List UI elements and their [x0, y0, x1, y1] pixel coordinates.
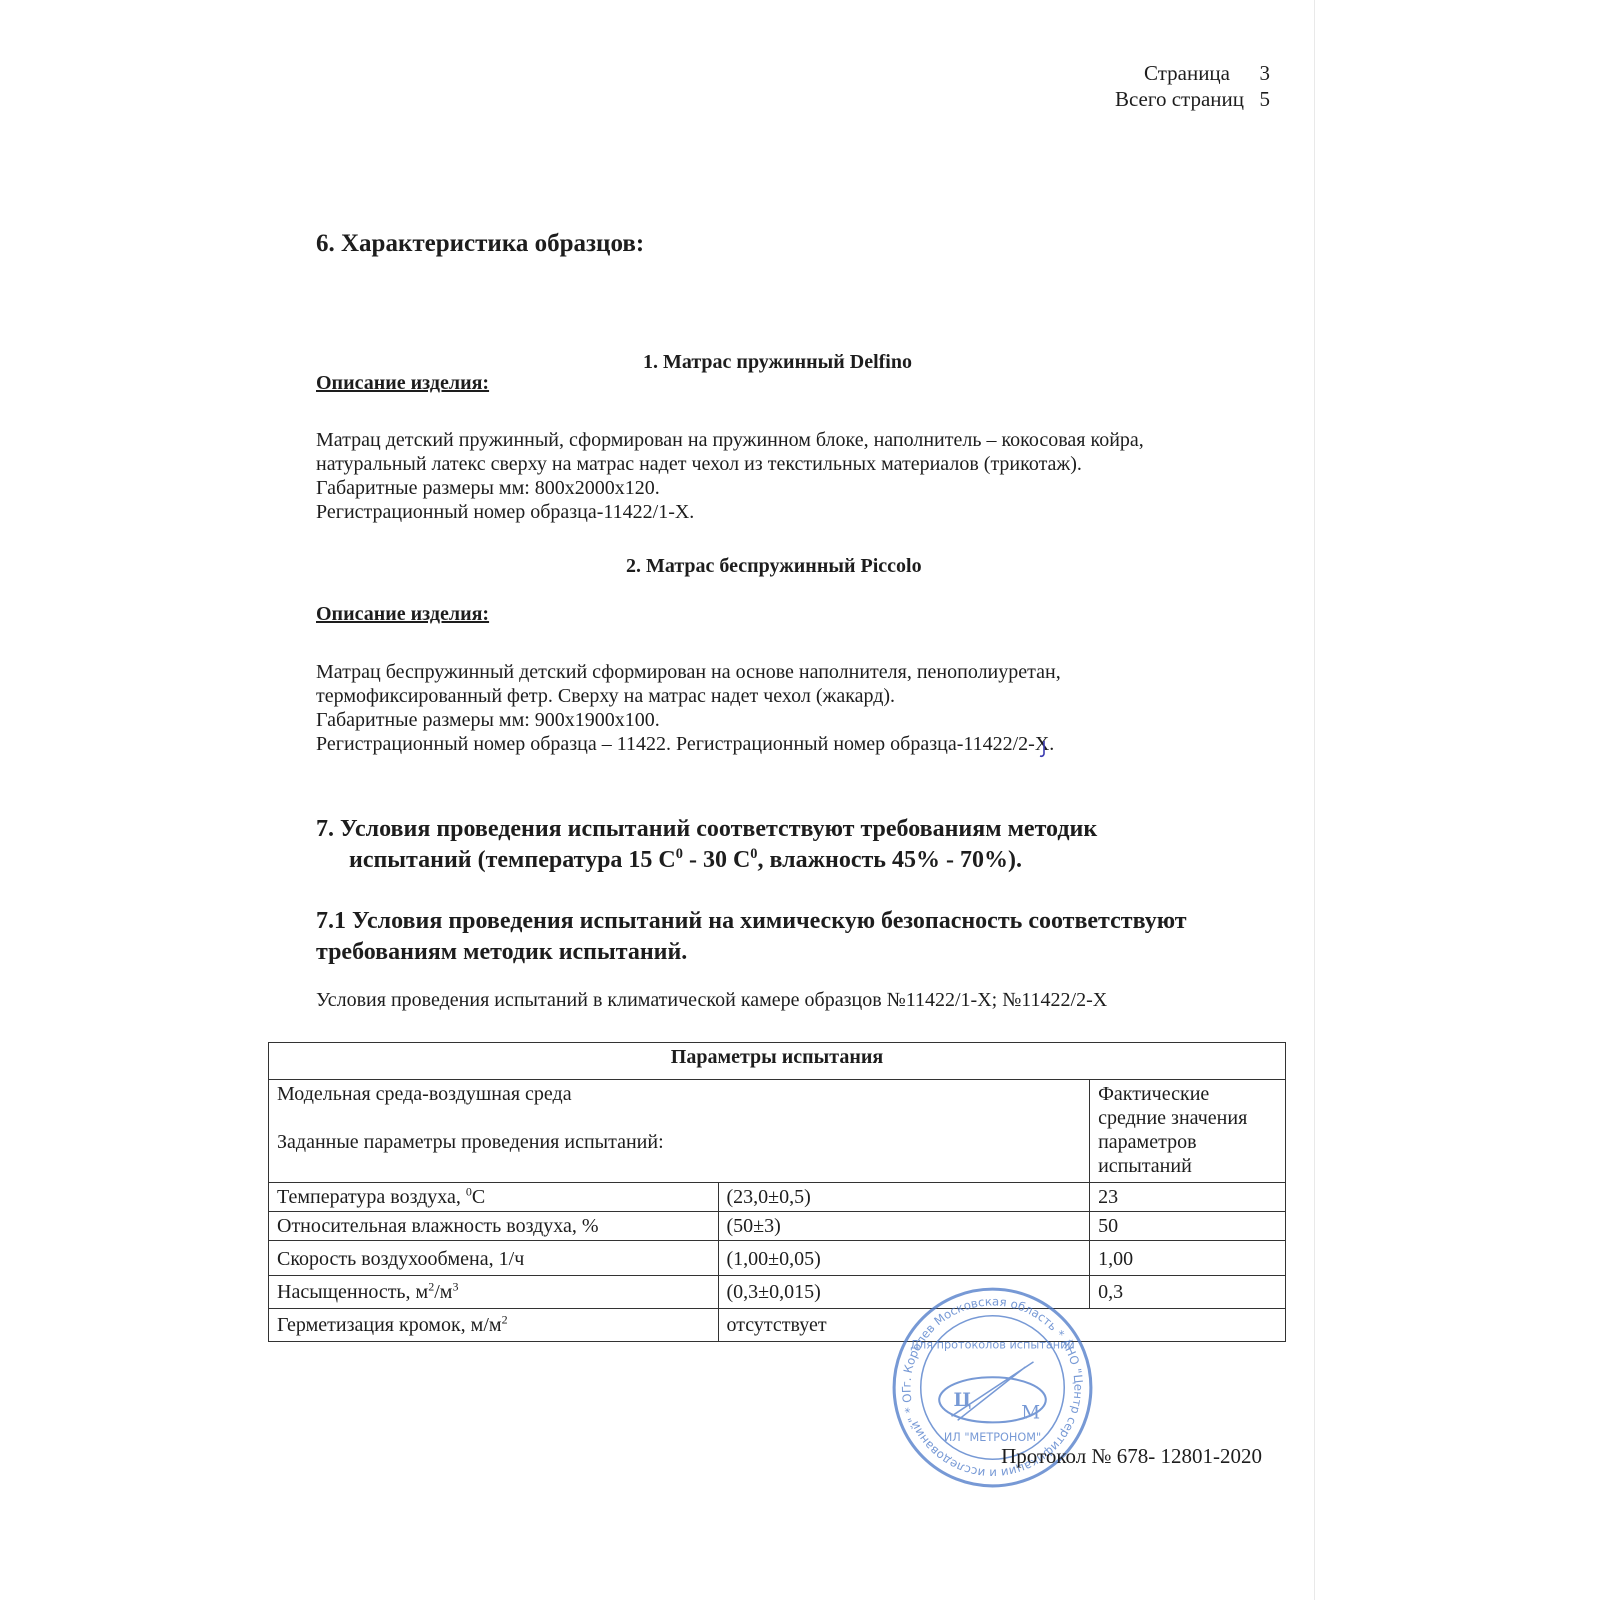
text-line: Матрац беспружинный детский сформирован … — [316, 660, 1061, 684]
test-parameters-table: Параметры испытания Модельная среда-возд… — [268, 1042, 1286, 1342]
sample-1-description: Матрац детский пружинный, сформирован на… — [316, 428, 1144, 524]
actual-value: 1,00 — [1090, 1241, 1286, 1276]
page-number: 3 — [1240, 60, 1270, 86]
table-header-row: Модельная среда-воздушная среда Заданные… — [269, 1080, 1286, 1183]
total-pages: 5 — [1254, 86, 1270, 112]
table-row: Насыщенность, м2/м3 (0,3±0,015) 0,3 — [269, 1276, 1286, 1309]
param-name: Температура воздуха, 0С — [269, 1183, 719, 1212]
text: , влажность 45% - 70%). — [758, 847, 1022, 873]
sample-2-title: 2. Матрас беспружинный Piccolo — [626, 555, 922, 578]
climate-chamber-note: Условия проведения испытаний в климатиче… — [316, 988, 1107, 1012]
table-title-row: Параметры испытания — [269, 1043, 1286, 1080]
actual-value: 23 — [1090, 1183, 1286, 1212]
section-7-line-1: 7. Условия проведения испытаний соответс… — [316, 814, 1097, 845]
set-value: (1,00±0,05) — [718, 1241, 1090, 1276]
text: Насыщенность, м — [277, 1281, 428, 1303]
page-label: Страница — [1144, 60, 1230, 86]
set-value: (50±3) — [718, 1212, 1090, 1241]
svg-text:Для протоколов испытаний: Для протоколов испытаний — [910, 1339, 1075, 1352]
param-name: Герметизация кромок, м/м2 — [269, 1309, 719, 1342]
scan-page-edge — [1314, 0, 1315, 1600]
svg-text:Ц: Ц — [954, 1390, 972, 1411]
text: /м — [434, 1281, 452, 1303]
superscript: 2 — [502, 1312, 508, 1326]
text-line: Матрац детский пружинный, сформирован на… — [316, 428, 1144, 452]
text-line: Габаритные размеры мм: 800х2000х120. — [316, 476, 1144, 500]
ink-mark-icon — [1038, 740, 1050, 758]
sample-1-title: 1. Матрас пружинный Delfino — [643, 351, 912, 374]
actual-values-header: Фактические средние значения параметров … — [1090, 1080, 1286, 1183]
svg-text:ИЛ "МЕТРОНОМ": ИЛ "МЕТРОНОМ" — [944, 1431, 1041, 1444]
superscript: 3 — [452, 1279, 458, 1293]
text-line: Регистрационный номер образца-11422/1-Х. — [316, 500, 1144, 524]
sample-2-description: Матрац беспружинный детский сформирован … — [316, 660, 1061, 756]
sample-2-desc-label: Описание изделия: — [316, 603, 489, 626]
page-counter: Страница3 Всего страниц5 — [1115, 60, 1270, 112]
section-7-1-line-1: 7.1 Условия проведения испытаний на хими… — [316, 906, 1187, 937]
section-7-line-2: испытаний (температура 15 С0 - 30 С0, вл… — [316, 845, 1097, 876]
param-name: Скорость воздухообмена, 1/ч — [269, 1241, 719, 1276]
param-name: Относительная влажность воздуха, % — [269, 1212, 719, 1241]
text-line: натуральный латекс сверху на матрас наде… — [316, 452, 1144, 476]
svg-text:М: М — [1021, 1402, 1040, 1423]
text-line: Регистрационный номер образца – 11422. Р… — [316, 732, 1061, 756]
table-row: Скорость воздухообмена, 1/ч (1,00±0,05) … — [269, 1241, 1286, 1276]
superscript: 0 — [750, 846, 757, 862]
param-name: Насыщенность, м2/м3 — [269, 1276, 719, 1309]
table-header-left: Модельная среда-воздушная среда Заданные… — [269, 1080, 1090, 1183]
text: Герметизация кромок, м/м — [277, 1314, 502, 1336]
actual-value: 0,3 — [1090, 1276, 1286, 1309]
sample-1-desc-label: Описание изделия: — [316, 372, 489, 395]
set-params-label: Заданные параметры проведения испытаний: — [277, 1130, 1081, 1154]
text: испытаний (температура 15 С — [349, 847, 676, 873]
table-row: Герметизация кромок, м/м2 отсутствует — [269, 1309, 1286, 1342]
section-7-1-heading: 7.1 Условия проведения испытаний на хими… — [316, 906, 1187, 968]
table-title: Параметры испытания — [269, 1043, 1286, 1080]
total-pages-label: Всего страниц — [1115, 86, 1244, 112]
actual-value — [1090, 1309, 1286, 1342]
text-line: Габаритные размеры мм: 900х1900х100. — [316, 708, 1061, 732]
table-row: Относительная влажность воздуха, % (50±3… — [269, 1212, 1286, 1241]
text: - 30 С — [683, 847, 750, 873]
section-6-title: 6. Характеристика образцов: — [316, 230, 644, 258]
superscript: 0 — [676, 846, 683, 862]
section-7-1-line-2: требованиям методик испытаний. — [316, 937, 1187, 968]
table-row: Температура воздуха, 0С (23,0±0,5) 23 — [269, 1183, 1286, 1212]
set-value: (23,0±0,5) — [718, 1183, 1090, 1212]
medium-label: Модельная среда-воздушная среда — [277, 1082, 1081, 1106]
protocol-number: Протокол № 678- 12801-2020 — [1001, 1444, 1262, 1468]
text: С — [472, 1186, 485, 1208]
text-line: термофиксированный фетр. Сверху на матра… — [316, 684, 1061, 708]
text: Температура воздуха, — [277, 1186, 466, 1208]
section-7-heading: 7. Условия проведения испытаний соответс… — [316, 814, 1097, 876]
actual-value: 50 — [1090, 1212, 1286, 1241]
